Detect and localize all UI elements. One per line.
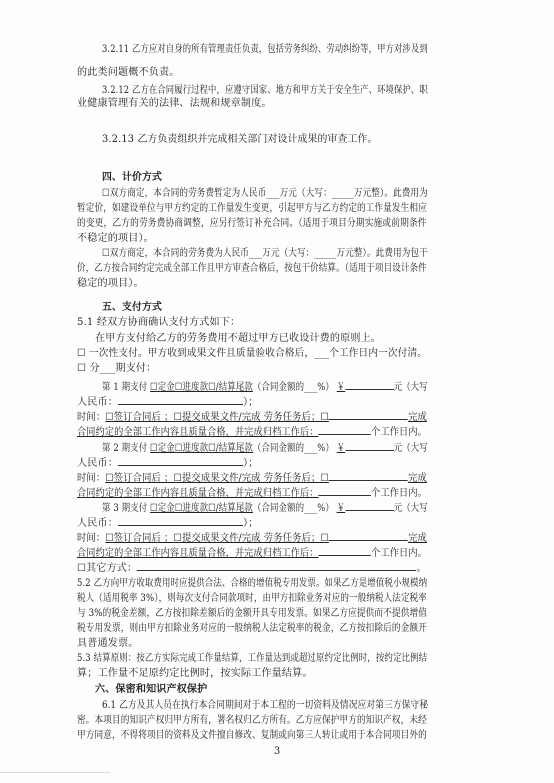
other-blank [137, 560, 416, 571]
rmb-end: ）； [243, 397, 258, 408]
rmb-end: ）； [243, 518, 258, 529]
clause-5-3-line: 算；工作量不足原约定比例时，按实际工作量结算。 [77, 667, 411, 680]
days-label: 个工作日内。 [371, 488, 427, 499]
days-blank [319, 424, 372, 435]
time-label: 时间： [77, 473, 105, 484]
rmb-end: ）； [243, 458, 258, 469]
pricing-option-1-line: 的变更，乙方的劳务费协商调整，应另行签订补充合同。（适用于项目分期实施或前期条件 [77, 217, 366, 230]
time-label: 时间： [77, 533, 105, 544]
installment-1-rmb: 人民币：）； [77, 394, 411, 409]
pricing-option-2-line: 价，乙方按合同约定完成全部工作且甲方审查合格后，按包干价结算。（适用于项目设计条… [77, 262, 359, 275]
days-blank [319, 545, 372, 556]
clause-3-2-13: 3.2.13 乙方负责组织并完成相关部门对设计成果的审查工作。 [102, 133, 428, 146]
clause-6-1: 6.1 乙方及其人员在执行本合同期间对于本工程的一切资料及情况应对第三方保守秘 [102, 699, 390, 712]
payment-type-checkboxes: ☐定金☐进度款☐/结算尾款 [150, 443, 253, 454]
clause-5-2: 5.2 乙方向甲方收取费用时应提供合法、合格的增值税专用发票。如果乙方是增值税小… [77, 577, 356, 590]
pricing-option-2-line: 稳定的项目）。 [77, 277, 411, 290]
installment-2-rmb: 人民币：）； [77, 455, 411, 470]
rmb-blank [118, 394, 243, 405]
page-number: 3 [0, 746, 554, 757]
pricing-option-2: ☐双方商定，本合同的劳务费为人民币___万元（大写：_____万元整）。此费用为… [102, 247, 386, 260]
clause-3-2-12-cont: 业健康管理有关的法律、法规和规章制度。 [77, 97, 411, 110]
time-label: 时间： [77, 412, 105, 423]
pricing-option-1-line: 暂定价，如建设单位与甲方约定的工作量发生变更，引起甲方与乙方约定的工作量发生相应 [77, 202, 362, 215]
section-6-title: 六、保密和知识产权保护 [95, 683, 428, 696]
amount-unit: 元（大写 [394, 382, 428, 393]
clause-5-2-line: 税人（适用税率 3%），则每次支付合同款项时，由甲方扣除业务对应的一般纳税人法定… [77, 592, 359, 605]
clause-6-1-line: 甲方同意，不得将项目的资料及文件擅自修改、复制或向第三人转让或用于本合同项目外的 [77, 729, 362, 742]
installment-1-time: 时间：☐签订合同后 ；☐提交成果文件/完成 劳务任务后；☐完成 [77, 409, 385, 424]
installment-3-time: 时间：☐签订合同后 ；☐提交成果文件/完成 劳务任务后；☐完成 [77, 530, 385, 545]
installment-2: 第 2 期支付 ☐定金☐进度款☐/结算尾款（合同金额的___%） ￥元（大写 [102, 440, 381, 455]
days-label: 个工作日内。 [371, 427, 427, 438]
pricing-option-1: ☐双方商定，本合同的劳务费暂定为人民币___万元（大写：_____万元整）。此费… [102, 187, 386, 200]
clause-6-1-line: 密。本项目的知识产权归甲方所有，署名权归乙方所有。乙方应保护甲方的知识产权，未经 [77, 714, 362, 727]
yen-sign: ￥ [337, 443, 346, 454]
clause-5-2-line: 与 3%的税金差额，乙方按扣除差额后的金额开具专用发票。如果乙方应提供而不提供增… [77, 607, 363, 620]
amount-blank [345, 379, 393, 390]
rmb-blank [118, 455, 243, 466]
lump-sum-option: ☐ 一次性支付。甲方收到成果文件且质量验收合格后，___个工作日内一次付清。 [77, 347, 396, 360]
time-blank [329, 409, 408, 420]
clause-3-2-11: 3.2.11 乙方应对自身的所有管理责任负责，包括劳务纠纷、劳动纠纷等，甲方对涉… [102, 43, 378, 56]
section-4-title: 四、计价方式 [102, 171, 428, 184]
other-label: ☐其它方式： [77, 563, 137, 574]
installment-2-time: 时间：☐签订合同后 ；☐提交成果文件/完成 劳务任务后；☐完成 [77, 470, 385, 485]
installment-1-time-cont: 合同约定的全部工作内容且质量合格，并完成归档工作后：个工作日内。 [77, 424, 380, 439]
rmb-label: 人民币： [77, 458, 118, 469]
clause-3-2-11-cont: 的此类问题概不负责。 [77, 66, 411, 79]
payment-principle: 在甲方支付给乙方的劳务费用不超过甲方已收设计费的原则上。 [95, 332, 428, 345]
clause-5-2-line: 具普通发票。 [77, 637, 411, 650]
installment-label: 第 2 期支付 [102, 443, 150, 454]
clause-5-3: 5.3 结算原则：按乙方实际完成工作量结算，工作量达到或超过原约定比例时，按约定… [77, 652, 356, 665]
time-done: 完成 [408, 412, 427, 423]
scan-edge-line [0, 772, 110, 773]
clause-5-1: 5.1 经双方协商确认支付方式如下： [77, 316, 411, 329]
amount-blank [345, 440, 393, 451]
contract-percent: （合同金额的___%） [253, 503, 337, 514]
time-done: 完成 [408, 473, 427, 484]
time-options: ☐签订合同后 ；☐提交成果文件/完成 劳务任务后；☐ [105, 473, 329, 484]
days-label: 个工作日内。 [371, 548, 427, 559]
installment-label: 第 1 期支付 [102, 382, 150, 393]
other-end: 。 [416, 563, 426, 574]
time-options: ☐签订合同后 ；☐提交成果文件/完成 劳务任务后；☐ [105, 412, 329, 423]
pricing-option-1-line: 不稳定的项目）。 [77, 232, 411, 245]
time-condition: 合同约定的全部工作内容且质量合格，并完成归档工作后： [77, 548, 319, 559]
installment-label: 第 3 期支付 [102, 503, 150, 514]
contract-percent: （合同金额的___%） [253, 443, 337, 454]
clause-5-2-line: 税专用发票，则由甲方扣除业务对应的一般纳税人法定税率的税金，乙方按扣除后的金额开 [77, 622, 362, 635]
installment-3: 第 3 期支付 ☐定金☐进度款☐/结算尾款（合同金额的___%） ￥元（大写 [102, 500, 381, 515]
rmb-label: 人民币： [77, 397, 118, 408]
installment-3-rmb: 人民币：）； [77, 515, 411, 530]
days-blank [319, 485, 372, 496]
amount-unit: 元（大写 [394, 503, 428, 514]
time-blank [329, 470, 408, 481]
contract-percent: （合同金额的___%） [253, 382, 337, 393]
document-page: 3.2.11 乙方应对自身的所有管理责任负责，包括劳务纠纷、劳动纠纷等，甲方对涉… [0, 0, 554, 783]
installment-1: 第 1 期支付 ☐定金☐进度款☐/结算尾款（合同金额的___%） ￥元（大写 [102, 379, 381, 394]
payment-type-checkboxes: ☐定金☐进度款☐/结算尾款 [150, 382, 253, 393]
time-condition: 合同约定的全部工作内容且质量合格，并完成归档工作后： [77, 488, 319, 499]
installment-option: ☐ 分___期支付： [77, 362, 411, 375]
payment-type-checkboxes: ☐定金☐进度款☐/结算尾款 [150, 503, 253, 514]
installment-3-time-cont: 合同约定的全部工作内容且质量合格，并完成归档工作后：个工作日内。 [77, 545, 380, 560]
time-condition: 合同约定的全部工作内容且质量合格，并完成归档工作后： [77, 427, 319, 438]
amount-blank [345, 500, 393, 511]
yen-sign: ￥ [337, 503, 346, 514]
time-done: 完成 [408, 533, 427, 544]
section-5-title: 五、支付方式 [102, 301, 428, 314]
installment-2-time-cont: 合同约定的全部工作内容且质量合格，并完成归档工作后：个工作日内。 [77, 485, 380, 500]
time-blank [329, 530, 408, 541]
rmb-label: 人民币： [77, 518, 118, 529]
time-options: ☐签订合同后 ；☐提交成果文件/完成 劳务任务后；☐ [105, 533, 329, 544]
other-payment-method: ☐其它方式：。 [77, 560, 410, 575]
clause-3-2-12: 3.2.12 乙方在合同履行过程中，应遵守国家、地方和甲方关于安全生产、环境保护… [102, 84, 378, 97]
yen-sign: ￥ [337, 382, 346, 393]
rmb-blank [118, 515, 243, 526]
amount-unit: 元（大写 [394, 443, 428, 454]
